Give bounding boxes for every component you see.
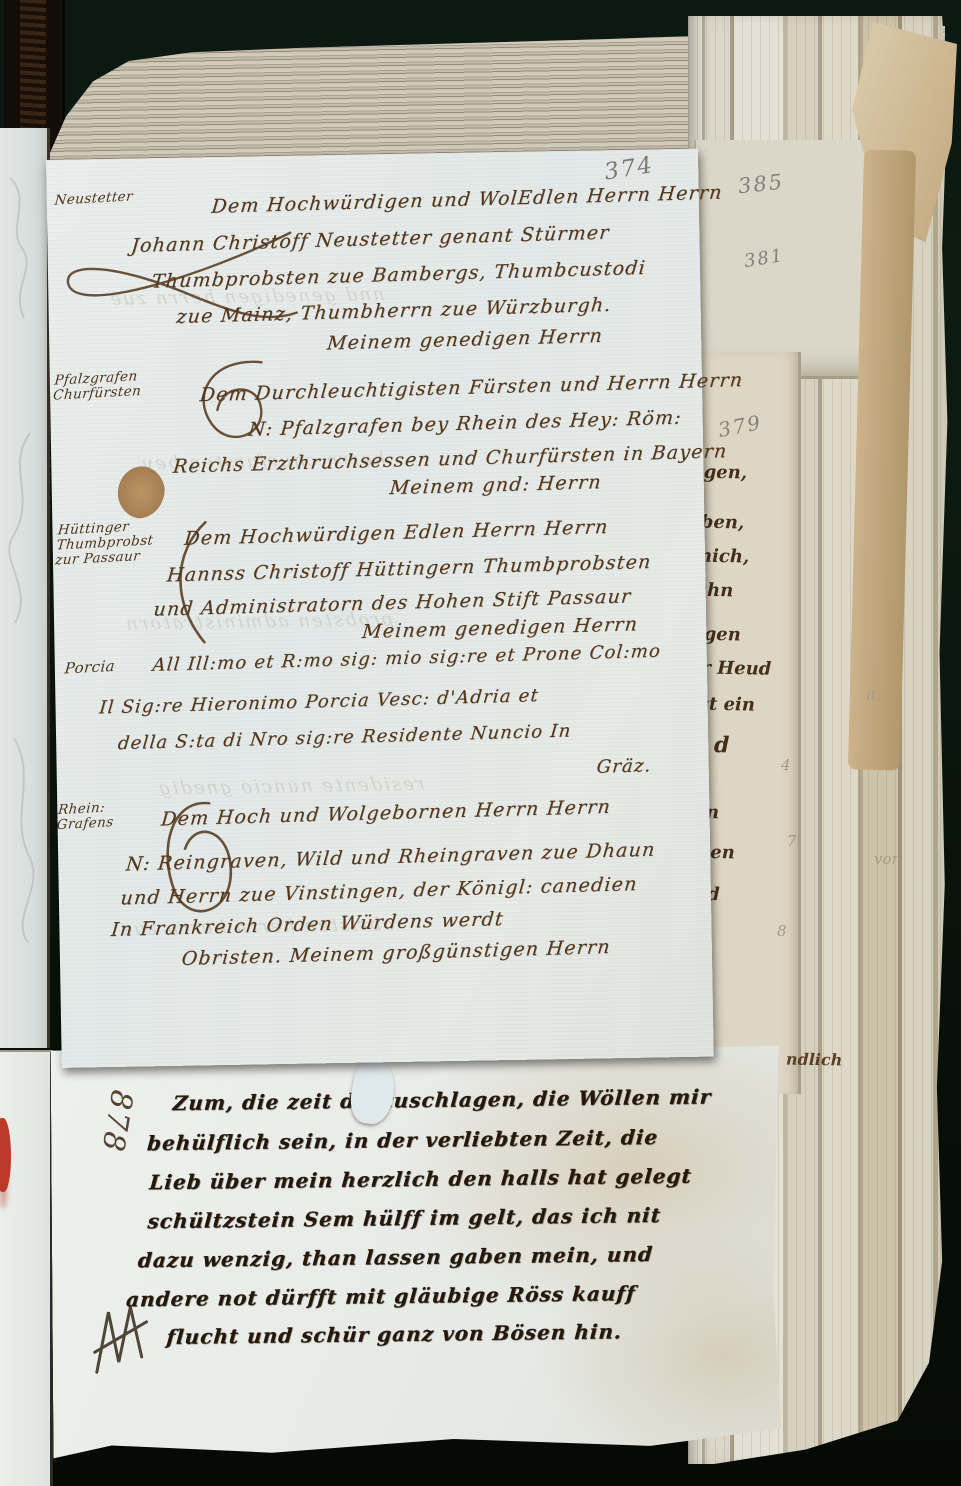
script-fragment-faint: it, [866, 686, 882, 704]
facing-leaf-edge [0, 128, 50, 1048]
margin-keyword: Pfalzgrafen Churfürsten [52, 368, 155, 403]
margin-keyword: Porcia [64, 656, 166, 676]
manuscript-photograph: 385 381 379 agen, iben, mich, ühn agen e… [0, 0, 961, 1486]
main-page: 374 nnd genedigen herrn zue herrn churfu… [46, 149, 714, 1068]
ghost-script [0, 428, 44, 628]
address-line: Meinem genedigen Herrn [361, 613, 639, 643]
address-line: N: Pfalzgrafen bey Rhein des Hey: Röm: [247, 407, 682, 441]
pen-flourish [149, 793, 246, 935]
pen-scribble [86, 1292, 157, 1382]
address-line: Hannss Christoff Hüttingern Thumbprobste… [166, 551, 653, 587]
ink-stain [117, 466, 165, 519]
address-line: della S:ta di Nro sig:re Residente Nunci… [117, 721, 573, 755]
address-line: Il Sig:re Hieronimo Porcia Vesc: d'Adria… [98, 685, 540, 718]
sideways-number-878: 878 [94, 1087, 139, 1155]
margin-keyword: Rhein: Grafens [56, 799, 129, 833]
faint-mark: 4 [781, 756, 791, 774]
spine-cord [20, 0, 46, 148]
letter-line: flucht und schür ganz von Bösen hin. [166, 1319, 623, 1349]
letter-line: Zum, die zeit dw zuschlagen, die Wöllen … [172, 1085, 712, 1116]
letter-line: schültzstein Sem hülff im gelt, das ich … [147, 1203, 662, 1233]
address-line: All Ill:mo et R:mo sig: mio sig:re et Pr… [152, 641, 663, 676]
faint-mark: 7 [787, 832, 797, 850]
address-line: Obristen. Meinem großgünstigen Herrn [181, 936, 612, 970]
faint-mark: 8 [777, 922, 787, 940]
script-fragment: ndlich [786, 1050, 843, 1070]
margin-keyword: Hüttinger Thumbprobst zur Passaur [55, 519, 154, 569]
pen-flourish [160, 517, 222, 648]
margin-keyword: Neustetter [54, 188, 156, 208]
letter-line: behülflich sein, in der verliebten Zeit,… [146, 1125, 659, 1155]
leaf-behind-385 [694, 140, 876, 379]
ghost-script [2, 168, 44, 328]
pen-flourish [171, 354, 293, 476]
address-line: Dem Hochwürdigen und WolEdlen Herrn Herr… [210, 182, 723, 218]
address-line: Gräz. [596, 755, 653, 778]
script-fragment-faint: vor [874, 850, 899, 868]
ghost-script [4, 728, 44, 948]
address-line: Dem Hochwürdigen Edlen Herrn Herrn [183, 516, 609, 550]
folio-number-374: 374 [603, 152, 656, 185]
letter-line: dazu wenzig, than lassen gaben mein, und [137, 1242, 654, 1272]
folio-number-385: 385 [737, 170, 785, 199]
facing-leaf-edge-lower [0, 1050, 53, 1486]
letter-line: Lieb über mein herzlich den halls hat ge… [148, 1164, 692, 1195]
address-line: Meinem gnd: Herrn [389, 471, 603, 499]
address-line: Meinem genedigen Herrn [326, 325, 604, 355]
bottom-page: 878 Zum, die zeit dw zuschlagen, die Wöl… [51, 1041, 782, 1462]
pen-flourish [55, 217, 307, 341]
letter-line: andere not dürfft mit gläubige Röss kauf… [125, 1281, 636, 1311]
